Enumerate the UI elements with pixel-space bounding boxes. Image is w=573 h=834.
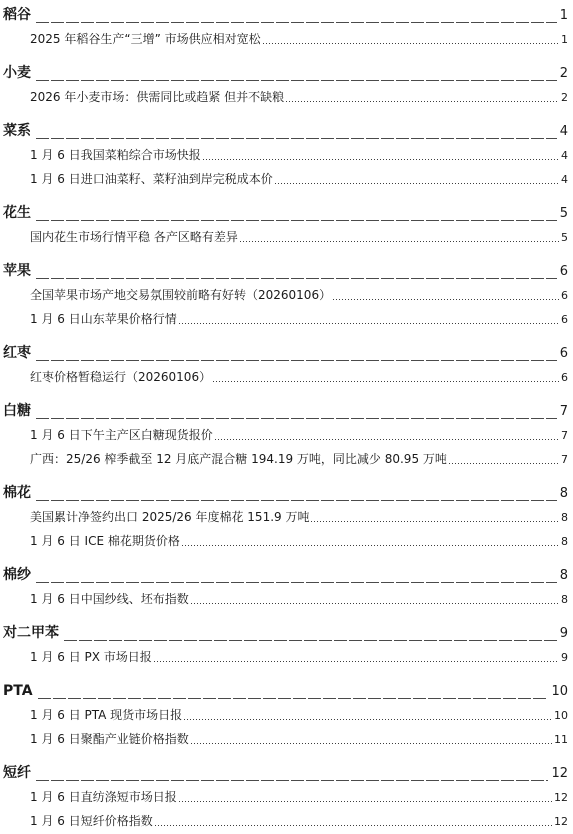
- toc-entry-row[interactable]: 美国累计净签约出口 2025/26 年度棉花 151.9 万吨8: [3, 505, 568, 529]
- leader-dots: [179, 307, 559, 331]
- entry-title[interactable]: 1 月 6 日下午主产区白糖现货报价: [30, 423, 213, 447]
- toc-entry-row[interactable]: 红枣价格暂稳运行（20260106）6: [3, 365, 568, 389]
- leader-line: [36, 761, 548, 785]
- toc-entry-row[interactable]: 1 月 6 日 ICE 棉花期货价格8: [3, 529, 568, 553]
- toc-section-row[interactable]: 菜系4: [3, 119, 568, 143]
- page-number: 7: [561, 424, 568, 448]
- toc-entry-row[interactable]: 1 月 6 日直纺涤短市场日报12: [3, 785, 568, 809]
- page-number: 2: [560, 62, 568, 86]
- entry-title[interactable]: 1 月 6 日聚酯产业链价格指数: [30, 727, 189, 751]
- leader-dots: [191, 727, 552, 751]
- entry-title[interactable]: 1 月 6 日 ICE 棉花期货价格: [30, 529, 180, 553]
- toc-entry-row[interactable]: 2025 年稻谷生产“三增” 市场供应相对宽松1: [3, 27, 568, 51]
- toc-section-row[interactable]: 对二甲苯9: [3, 621, 568, 645]
- leader-dots: [275, 167, 559, 191]
- entry-title[interactable]: 1 月 6 日短纤价格指数: [30, 809, 153, 833]
- section-title[interactable]: 短纤: [3, 761, 31, 785]
- leader-line: [36, 259, 557, 283]
- section-title[interactable]: 红枣: [3, 341, 31, 365]
- toc-section: 稻谷12025 年稻谷生产“三增” 市场供应相对宽松1: [3, 3, 568, 51]
- section-title[interactable]: 小麦: [3, 61, 31, 85]
- toc-section: 小麦22026 年小麦市场：供需同比或趋紧 但并不缺粮2: [3, 61, 568, 109]
- toc-section: 花生5国内花生市场行情平稳 各产区略有差异5: [3, 201, 568, 249]
- page-number: 9: [560, 622, 568, 646]
- page-number: 7: [561, 448, 568, 472]
- entry-title[interactable]: 1 月 6 日我国菜粕综合市场快报: [30, 143, 201, 167]
- leader-line: [64, 621, 557, 645]
- page-number: 8: [561, 506, 568, 530]
- section-title[interactable]: 白糖: [3, 399, 31, 423]
- page-number: 1: [561, 28, 568, 52]
- toc-section: PTA101 月 6 日 PTA 现货市场日报101 月 6 日聚酯产业链价格指…: [3, 679, 568, 751]
- leader-line: [36, 119, 557, 143]
- toc-section-row[interactable]: 小麦2: [3, 61, 568, 85]
- toc-section-row[interactable]: 苹果6: [3, 259, 568, 283]
- toc-section: 短纤121 月 6 日直纺涤短市场日报121 月 6 日短纤价格指数12: [3, 761, 568, 833]
- entry-title[interactable]: 红枣价格暂稳运行（20260106）: [30, 365, 211, 389]
- toc-section-row[interactable]: 短纤12: [3, 761, 568, 785]
- page-number: 4: [561, 144, 568, 168]
- section-title[interactable]: 对二甲苯: [3, 621, 59, 645]
- leader-dots: [311, 505, 559, 529]
- section-title[interactable]: 棉纱: [3, 563, 31, 587]
- toc-entry-row[interactable]: 国内花生市场行情平稳 各产区略有差异5: [3, 225, 568, 249]
- toc-section-row[interactable]: 稻谷1: [3, 3, 568, 27]
- entry-title[interactable]: 国内花生市场行情平稳 各产区略有差异: [30, 225, 238, 249]
- leader-dots: [240, 225, 559, 249]
- leader-line: [36, 3, 557, 27]
- page-number: 9: [561, 646, 568, 670]
- toc-section-row[interactable]: 棉花8: [3, 481, 568, 505]
- leader-dots: [213, 365, 559, 389]
- page-number: 8: [560, 564, 568, 588]
- leader-dots: [449, 447, 559, 471]
- section-title[interactable]: 棉花: [3, 481, 31, 505]
- toc-section-row[interactable]: 棉纱8: [3, 563, 568, 587]
- page-number: 8: [560, 482, 568, 506]
- page-number: 5: [561, 226, 568, 250]
- leader-dots: [333, 283, 559, 307]
- page-number: 10: [551, 680, 568, 704]
- toc-entry-row[interactable]: 1 月 6 日进口油菜籽、菜籽油到岸完税成本价4: [3, 167, 568, 191]
- leader-dots: [155, 809, 552, 833]
- entry-title[interactable]: 2026 年小麦市场：供需同比或趋紧 但并不缺粮: [30, 85, 284, 109]
- toc-section: 苹果6全国苹果市场产地交易氛围较前略有好转（20260106）61 月 6 日山…: [3, 259, 568, 331]
- toc-entry-row[interactable]: 全国苹果市场产地交易氛围较前略有好转（20260106）6: [3, 283, 568, 307]
- toc-entry-row[interactable]: 1 月 6 日山东苹果价格行情6: [3, 307, 568, 331]
- page-number: 6: [560, 342, 568, 366]
- toc-entry-row[interactable]: 1 月 6 日中国纱线、坯布指数8: [3, 587, 568, 611]
- entry-title[interactable]: 1 月 6 日进口油菜籽、菜籽油到岸完税成本价: [30, 167, 273, 191]
- entry-title[interactable]: 1 月 6 日 PX 市场日报: [30, 645, 152, 669]
- toc-section: 棉纱81 月 6 日中国纱线、坯布指数8: [3, 563, 568, 611]
- toc-section: 棉花8美国累计净签约出口 2025/26 年度棉花 151.9 万吨81 月 6…: [3, 481, 568, 553]
- page-number: 7: [560, 400, 568, 424]
- toc-entry-row[interactable]: 广西：25/26 榨季截至 12 月底产混合糖 194.19 万吨，同比减少 8…: [3, 447, 568, 471]
- section-title[interactable]: PTA: [3, 679, 33, 703]
- page-number: 5: [560, 202, 568, 226]
- leader-dots: [286, 85, 559, 109]
- section-title[interactable]: 稻谷: [3, 3, 31, 27]
- toc-entry-row[interactable]: 1 月 6 日下午主产区白糖现货报价7: [3, 423, 568, 447]
- section-title[interactable]: 菜系: [3, 119, 31, 143]
- page-number: 4: [560, 120, 568, 144]
- page-number: 12: [551, 762, 568, 786]
- entry-title[interactable]: 1 月 6 日山东苹果价格行情: [30, 307, 177, 331]
- toc-section-row[interactable]: PTA10: [3, 679, 568, 703]
- page-number: 6: [560, 260, 568, 284]
- leader-dots: [184, 703, 552, 727]
- entry-title[interactable]: 2025 年稻谷生产“三增” 市场供应相对宽松: [30, 27, 261, 51]
- entry-title[interactable]: 美国累计净签约出口 2025/26 年度棉花 151.9 万吨: [30, 505, 309, 529]
- page-number: 12: [554, 786, 568, 810]
- toc-entry-row[interactable]: 1 月 6 日 PTA 现货市场日报10: [3, 703, 568, 727]
- page-number: 1: [560, 4, 568, 28]
- leader-dots: [263, 27, 559, 51]
- page-number: 8: [561, 588, 568, 612]
- page-number: 2: [561, 86, 568, 110]
- leader-line: [36, 201, 557, 225]
- table-of-contents: 稻谷12025 年稻谷生产“三增” 市场供应相对宽松1小麦22026 年小麦市场…: [3, 3, 568, 833]
- leader-line: [36, 399, 557, 423]
- entry-title[interactable]: 1 月 6 日直纺涤短市场日报: [30, 785, 177, 809]
- toc-entry-row[interactable]: 1 月 6 日短纤价格指数12: [3, 809, 568, 833]
- page-number: 8: [561, 530, 568, 554]
- toc-entry-row[interactable]: 1 月 6 日聚酯产业链价格指数11: [3, 727, 568, 751]
- leader-line: [36, 341, 557, 365]
- toc-entry-row[interactable]: 2026 年小麦市场：供需同比或趋紧 但并不缺粮2: [3, 85, 568, 109]
- page-number: 10: [554, 704, 568, 728]
- page-number: 6: [561, 366, 568, 390]
- leader-line: [38, 679, 549, 703]
- page-number: 11: [554, 728, 568, 752]
- leader-dots: [179, 785, 552, 809]
- leader-dots: [215, 423, 559, 447]
- toc-section: 白糖71 月 6 日下午主产区白糖现货报价7广西：25/26 榨季截至 12 月…: [3, 399, 568, 471]
- toc-section: 红枣6红枣价格暂稳运行（20260106）6: [3, 341, 568, 389]
- toc-entry-row[interactable]: 1 月 6 日 PX 市场日报9: [3, 645, 568, 669]
- toc-section-row[interactable]: 红枣6: [3, 341, 568, 365]
- entry-title[interactable]: 1 月 6 日中国纱线、坯布指数: [30, 587, 189, 611]
- leader-dots: [203, 143, 559, 167]
- entry-title[interactable]: 广西：25/26 榨季截至 12 月底产混合糖 194.19 万吨，同比减少 8…: [30, 447, 447, 471]
- leader-line: [36, 481, 557, 505]
- page-number: 12: [554, 810, 568, 834]
- entry-title[interactable]: 1 月 6 日 PTA 现货市场日报: [30, 703, 182, 727]
- page-number: 6: [561, 284, 568, 308]
- page-number: 4: [561, 168, 568, 192]
- toc-section: 对二甲苯91 月 6 日 PX 市场日报9: [3, 621, 568, 669]
- toc-section-row[interactable]: 白糖7: [3, 399, 568, 423]
- entry-title[interactable]: 全国苹果市场产地交易氛围较前略有好转（20260106）: [30, 283, 331, 307]
- toc-section: 菜系41 月 6 日我国菜粕综合市场快报41 月 6 日进口油菜籽、菜籽油到岸完…: [3, 119, 568, 191]
- leader-dots: [154, 645, 559, 669]
- toc-section-row[interactable]: 花生5: [3, 201, 568, 225]
- toc-entry-row[interactable]: 1 月 6 日我国菜粕综合市场快报4: [3, 143, 568, 167]
- section-title[interactable]: 花生: [3, 201, 31, 225]
- leader-dots: [191, 587, 559, 611]
- leader-line: [36, 61, 557, 85]
- page-number: 6: [561, 308, 568, 332]
- leader-dots: [182, 529, 559, 553]
- leader-line: [36, 563, 557, 587]
- section-title[interactable]: 苹果: [3, 259, 31, 283]
